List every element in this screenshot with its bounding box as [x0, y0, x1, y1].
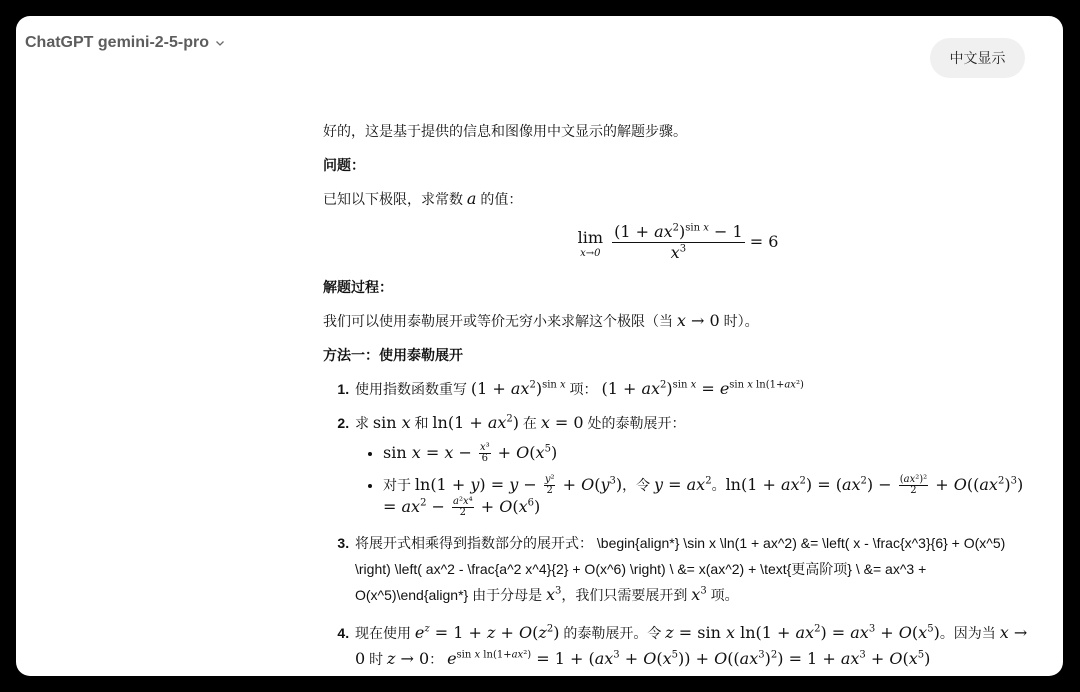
step-4: 现在使用 ez = 1 + z + O(z2) 的泰勒展开。令 z = sin …	[353, 620, 1033, 672]
step-3: 将展开式相乘得到指数部分的展开式： \begin{align*} \sin x …	[353, 530, 1033, 608]
assistant-message: 好的，这是基于提供的信息和图像用中文显示的解题步骤。 问题： 已知以下极限，求常…	[323, 120, 1033, 676]
taylor-bullets: sin x = x − x³6 + O(x5) 对于 ln(1 + y) = y…	[355, 442, 1033, 518]
model-selector[interactable]: ChatGPT gemini-2-5-pro	[25, 34, 225, 52]
method-heading: 方法一：使用泰勒展开	[323, 344, 1033, 366]
step-1: 使用指数函数重写 (1 + ax2)sin x 项： (1 + ax2)sin …	[353, 378, 1033, 400]
problem-text: 已知以下极限，求常数 a 的值：	[323, 188, 1033, 210]
process-text: 我们可以使用泰勒展开或等价无穷小来求解这个极限（当 x → 0 时）。	[323, 310, 1033, 332]
bullet-sin: sin x = x − x³6 + O(x5)	[383, 442, 1033, 464]
step-2: 求 sin x 和 ln(1 + ax2) 在 x = 0 处的泰勒展开： si…	[353, 412, 1033, 518]
limit-formula: limx→0 (1 + ax2)sin x − 1 x3 = 6	[323, 222, 1033, 266]
chat-window: ChatGPT gemini-2-5-pro 中文显示 好的，这是基于提供的信息…	[16, 16, 1063, 676]
steps-list: 使用指数函数重写 (1 + ax2)sin x 项： (1 + ax2)sin …	[323, 378, 1033, 672]
intro-text: 好的，这是基于提供的信息和图像用中文显示的解题步骤。	[323, 120, 1033, 142]
problem-heading: 问题：	[323, 154, 1033, 176]
limit-fraction: (1 + ax2)sin x − 1 x3	[612, 222, 745, 263]
bullet-ln: 对于 ln(1 + y) = y − y²2 + O(y3)，令 y = ax2…	[383, 474, 1033, 518]
limit-operator: limx→0	[578, 227, 603, 259]
model-label: ChatGPT gemini-2-5-pro	[25, 34, 209, 52]
process-heading: 解题过程：	[323, 276, 1033, 298]
chinese-display-button[interactable]: 中文显示	[930, 38, 1025, 78]
chevron-down-icon	[215, 38, 225, 48]
